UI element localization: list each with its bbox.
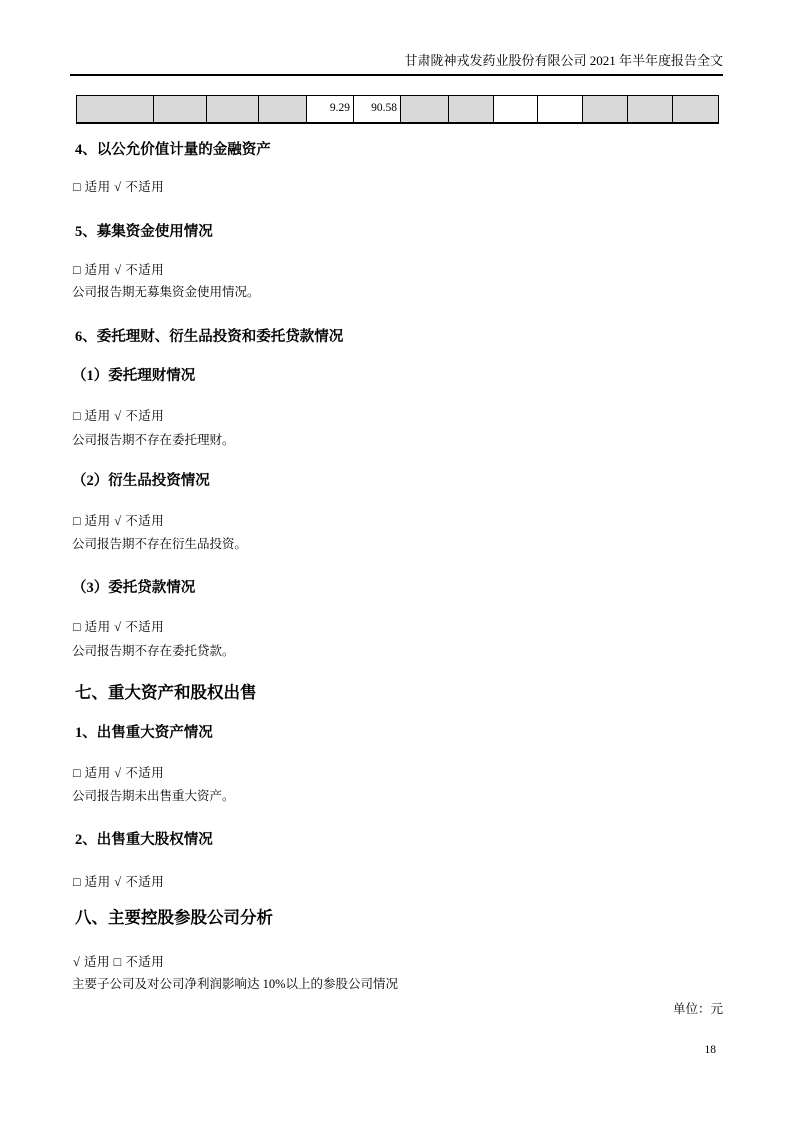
report-page: 甘肃陇神戎发药业股份有限公司 2021 年半年度报告全文 9.29 90.58 … xyxy=(0,0,793,1122)
section-heading-fair-value-assets: 4、以公允价值计量的金融资产 xyxy=(75,141,271,159)
section-heading-entrusted: 6、委托理财、衍生品投资和委托贷款情况 xyxy=(75,328,343,346)
section-heading-raised-funds: 5、募集资金使用情况 xyxy=(75,223,213,241)
section-note: 公司报告期不存在衍生品投资。 xyxy=(72,537,247,553)
applicability-line: □ 适用 √ 不适用 xyxy=(73,409,164,425)
section-note: 主要子公司及对公司净利润影响达 10%以上的参股公司情况 xyxy=(72,977,398,993)
chapter-heading-subsidiaries: 八、主要控股参股公司分析 xyxy=(75,908,273,929)
applicability-line: □ 适用 √ 不适用 xyxy=(73,514,164,530)
table-cell xyxy=(494,96,538,122)
applicability-line: □ 适用 √ 不适用 xyxy=(73,180,164,196)
table-cell-value: 9.29 xyxy=(307,96,354,122)
chapter-heading-major-disposals: 七、重大资产和股权出售 xyxy=(75,683,257,704)
table-cell xyxy=(628,96,673,122)
applicability-line: □ 适用 √ 不适用 xyxy=(73,766,164,782)
subsection-heading-wealth-management: （1）委托理财情况 xyxy=(72,367,195,385)
section-note: 公司报告期未出售重大资产。 xyxy=(72,789,235,805)
section-heading-asset-sales: 1、出售重大资产情况 xyxy=(75,724,213,742)
table-cell xyxy=(673,96,719,122)
table-cell xyxy=(259,96,307,122)
section-heading-equity-sales: 2、出售重大股权情况 xyxy=(75,831,213,849)
unit-note: 单位：元 xyxy=(673,1002,723,1018)
section-note: 公司报告期不存在委托贷款。 xyxy=(72,644,235,660)
table-cell xyxy=(401,96,449,122)
report-title: 甘肃陇神戎发药业股份有限公司 2021 年半年度报告全文 xyxy=(404,53,723,68)
applicability-line: □ 适用 √ 不适用 xyxy=(73,263,164,279)
page-header: 甘肃陇神戎发药业股份有限公司 2021 年半年度报告全文 xyxy=(70,53,723,76)
applicability-line: √ 适用 □ 不适用 xyxy=(73,955,164,971)
subsection-heading-derivatives: （2）衍生品投资情况 xyxy=(72,472,210,490)
table-cell xyxy=(207,96,259,122)
page-number: 18 xyxy=(705,1043,717,1057)
table-cell xyxy=(583,96,628,122)
applicability-line: □ 适用 √ 不适用 xyxy=(73,875,164,891)
section-note: 公司报告期不存在委托理财。 xyxy=(72,433,235,449)
table-cell-value: 90.58 xyxy=(354,96,401,122)
table-cell xyxy=(449,96,494,122)
subsection-heading-loans: （3）委托贷款情况 xyxy=(72,579,195,597)
carryover-table-row: 9.29 90.58 xyxy=(76,95,719,124)
table-cell xyxy=(154,96,207,122)
applicability-line: □ 适用 √ 不适用 xyxy=(73,620,164,636)
table-cell xyxy=(538,96,583,122)
section-note: 公司报告期无募集资金使用情况。 xyxy=(72,285,260,301)
table-cell xyxy=(77,96,154,122)
